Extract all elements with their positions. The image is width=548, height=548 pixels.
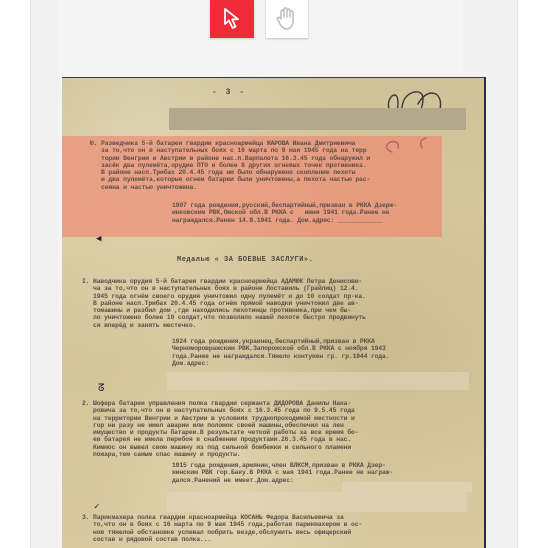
handwritten-mark: ✓ bbox=[94, 502, 99, 512]
handwritten-mark: ᘔ bbox=[98, 383, 104, 395]
paragraph-1-bio: 1924 года рождения,украинец,беспартийный… bbox=[172, 338, 389, 367]
paragraph-2-bio: 1915 года рождения,армянин,член ВЛКСМ,пр… bbox=[172, 462, 393, 484]
redaction-bar bbox=[342, 482, 472, 492]
pan-tool-button[interactable] bbox=[266, 0, 308, 38]
award-heading: Медалью « ЗА БОЕВЫЕ ЗАСЛУГИ». bbox=[177, 256, 313, 264]
document-page[interactable]: - 3 - Ю. Разведчика 5-й батареи гвардии … bbox=[62, 77, 486, 548]
paragraph-10: Ю. Разведчика 5-й батареи гвардии красно… bbox=[90, 140, 370, 191]
cursor-arrow-icon bbox=[222, 7, 242, 31]
redaction-bar bbox=[167, 492, 467, 512]
hand-icon bbox=[274, 5, 300, 33]
paragraph-10-bio: 1907 года рождения,русский,беспартийный,… bbox=[172, 202, 397, 224]
select-tool-button[interactable] bbox=[210, 0, 254, 38]
redaction-bar bbox=[167, 372, 469, 390]
paragraph-2: 2. Шофера батареи управления полка гвард… bbox=[82, 400, 358, 458]
page-number: - 3 - bbox=[212, 88, 246, 97]
paragraph-1: I. Наводчика орудия 5-й батареи гвардии … bbox=[82, 278, 366, 329]
redaction-bar bbox=[169, 108, 466, 130]
paragraph-3: 3. Парикмахера полка гвардии красноармей… bbox=[82, 514, 362, 543]
arrow-mark: ◀ bbox=[96, 234, 101, 244]
